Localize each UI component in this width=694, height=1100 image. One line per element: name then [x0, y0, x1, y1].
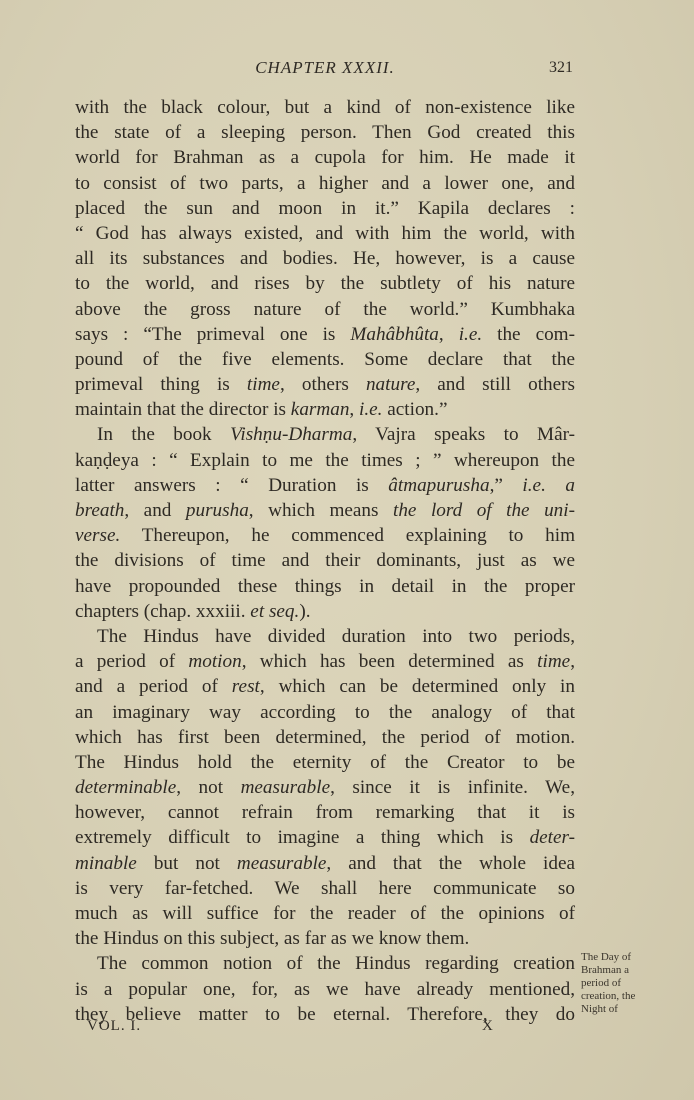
running-head: CHAPTER XXXII. 321 — [75, 58, 575, 82]
text-line: maintain that the director is karman, i.… — [75, 397, 575, 422]
text-line: with the black colour, but a kind of non… — [75, 95, 575, 120]
text-line: have propounded these things in detail i… — [75, 574, 575, 599]
marginal-note-line: The Day of — [581, 951, 661, 964]
text-line: The Hindus have divided duration into tw… — [75, 624, 575, 649]
marginal-note-line: creation, the — [581, 990, 661, 1003]
marginal-note: The Day ofBrahman aperiod ofcreation, th… — [581, 951, 661, 1016]
text-line: to the world, and rises by the subtlety … — [75, 271, 575, 296]
chapter-title: CHAPTER XXXII. — [75, 58, 575, 78]
text-line: verse. Thereupon, he commenced explainin… — [75, 523, 575, 548]
text-line: world for Brahman as a cupola for him. H… — [75, 145, 575, 170]
signature-mark: X — [482, 1018, 494, 1035]
text-line: The common notion of the Hindus regardin… — [75, 951, 575, 976]
book-page: CHAPTER XXXII. 321 with the black colour… — [0, 0, 694, 1100]
text-line: chapters (chap. xxxiii. et seq.). — [75, 599, 575, 624]
text-line: “ God has always existed, and with him t… — [75, 221, 575, 246]
text-line: says : “The primeval one is Mahâbhûta, i… — [75, 322, 575, 347]
text-line: which has first been determined, the per… — [75, 725, 575, 750]
text-line: placed the sun and moon in it.” Kapila d… — [75, 196, 575, 221]
text-line: The Hindus hold the eternity of the Crea… — [75, 750, 575, 775]
text-line: kaṇḍeya : “ Explain to me the times ; ” … — [75, 448, 575, 473]
text-line: a period of motion, which has been deter… — [75, 649, 575, 674]
text-line: to consist of two parts, a higher and a … — [75, 171, 575, 196]
text-line: extremely difficult to imagine a thing w… — [75, 825, 575, 850]
page-footer: VOL. I. X — [75, 1018, 575, 1038]
text-line: the divisions of time and their dominant… — [75, 548, 575, 573]
text-line: In the book Vishṇu-Dharma, Vajra speaks … — [75, 422, 575, 447]
text-line: breath, and purusha, which means the lor… — [75, 498, 575, 523]
text-line: above the gross nature of the world.” Ku… — [75, 297, 575, 322]
text-line: determinable, not measurable, since it i… — [75, 775, 575, 800]
marginal-note-line: period of — [581, 977, 661, 990]
text-line: the state of a sleeping person. Then God… — [75, 120, 575, 145]
text-line: latter answers : “ Duration is âtmapurus… — [75, 473, 575, 498]
text-line: however, cannot refrain from remarking t… — [75, 800, 575, 825]
text-line: all its substances and bodies. He, howev… — [75, 246, 575, 271]
text-line: is a popular one, for, as we have alread… — [75, 977, 575, 1002]
volume-label: VOL. I. — [87, 1018, 141, 1035]
text-line: is very far-fetched. We shall here commu… — [75, 876, 575, 901]
marginal-note-line: Brahman a — [581, 964, 661, 977]
text-line: and a period of rest, which can be deter… — [75, 674, 575, 699]
text-line: minable but not measurable, and that the… — [75, 851, 575, 876]
body-text: with the black colour, but a kind of non… — [75, 95, 575, 1027]
marginal-note-line: Night of — [581, 1003, 661, 1016]
text-line: much as will suffice for the reader of t… — [75, 901, 575, 926]
text-line: an imaginary way according to the analog… — [75, 700, 575, 725]
text-line: the Hindus on this subject, as far as we… — [75, 926, 575, 951]
page-number: 321 — [549, 59, 573, 77]
text-line: pound of the five elements. Some declare… — [75, 347, 575, 372]
text-line: primeval thing is time, others nature, a… — [75, 372, 575, 397]
